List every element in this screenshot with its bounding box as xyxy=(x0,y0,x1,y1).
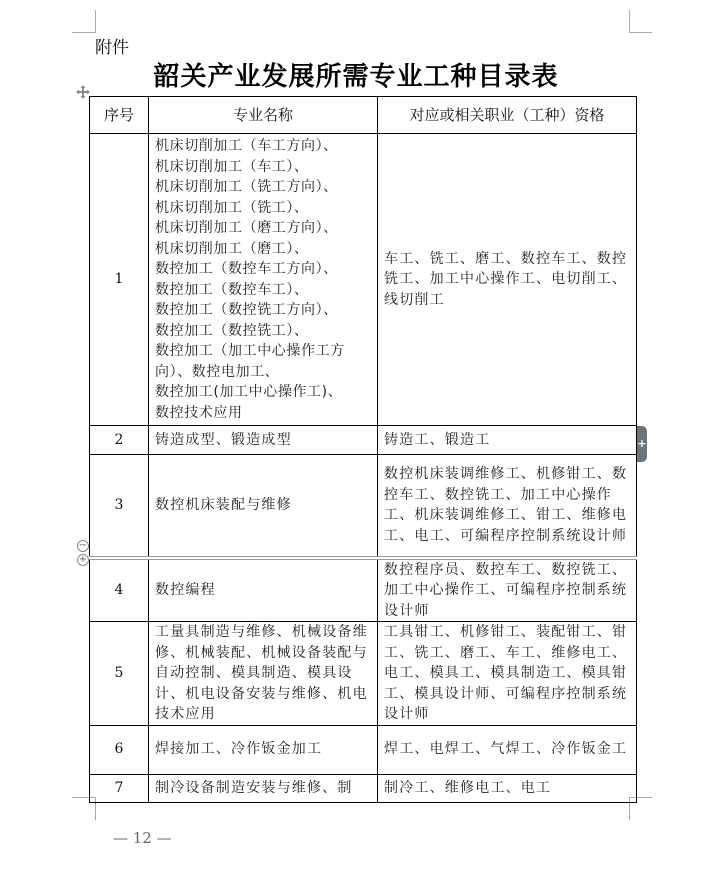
qualifications: 制冷工、维修电工、电工 xyxy=(378,774,637,802)
major-name: 制冷设备制造安装与维修、制 xyxy=(149,774,378,802)
document-title: 韶关产业发展所需专业工种目录表 xyxy=(0,56,712,93)
qualifications: 车工、铣工、磨工、数控车工、数控铣工、加工中心操作工、电切削工、线切削工 xyxy=(378,134,637,426)
table-row: 5 工量具制造与维修、机械设备维修、机械装配、机械设备装配与自动控制、模具制造、… xyxy=(90,622,637,726)
profession-table: 序号 专业名称 对应或相关职业（工种）资格 1 机床切削加工（车工方向）、 机床… xyxy=(89,96,637,803)
major-name: 机床切削加工（车工方向）、 机床切削加工（车工）、 机床切削加工（铣工方向）、 … xyxy=(149,134,378,426)
major-name: 铸造成型、锻造成型 xyxy=(149,426,378,455)
add-column-tab[interactable]: + xyxy=(637,426,647,462)
qualifications: 焊工、电焊工、气焊工、冷作钣金工 xyxy=(378,725,637,774)
major-line: 机床切削加工（铣工方向）、 xyxy=(155,177,371,198)
plus-circle-icon: + xyxy=(79,554,87,565)
table-row: 2 铸造成型、锻造成型 铸造工、锻造工 xyxy=(90,426,637,455)
qualifications: 数控程序员、数控车工、数控铣工、加工中心操作工、可编程序控制系统设计师 xyxy=(378,558,637,622)
row-number: 1 xyxy=(90,134,149,426)
row-number: 2 xyxy=(90,426,149,455)
page-number: — 12 — xyxy=(113,829,172,847)
crop-mark-top-right-h xyxy=(629,32,652,33)
insert-row-button[interactable]: + xyxy=(77,554,89,566)
plus-icon: + xyxy=(637,437,646,450)
row-number: 5 xyxy=(90,622,149,726)
attachment-label: 附件 xyxy=(95,33,129,58)
major-name: 数控机床装配与维修 xyxy=(149,455,378,558)
header-qualifications: 对应或相关职业（工种）资格 xyxy=(378,97,637,134)
delete-row-button[interactable]: − xyxy=(77,540,89,552)
major-line: 数控加工(加工中心操作工)、 xyxy=(155,382,371,403)
minus-circle-icon: − xyxy=(79,540,87,551)
major-name: 焊接加工、冷作钣金加工 xyxy=(149,725,378,774)
crop-mark-top-right-v xyxy=(629,10,630,33)
major-line: 机床切削加工（车工）、 xyxy=(155,157,371,178)
table-row: 7 制冷设备制造安装与维修、制 制冷工、维修电工、电工 xyxy=(90,774,637,802)
major-line: 机床切削加工（磨工方向）、 xyxy=(155,218,371,239)
major-line: 数控加工（数控铣工方向）、 xyxy=(155,300,371,321)
major-name: 数控编程 xyxy=(149,558,378,622)
major-line: 数控加工（数控车工）、 xyxy=(155,280,371,301)
qualifications: 铸造工、锻造工 xyxy=(378,426,637,455)
major-name: 工量具制造与维修、机械设备维修、机械装配、机械设备装配与自动控制、模具制造、模具… xyxy=(149,622,378,726)
major-line: 机床切削加工（铣工）、 xyxy=(155,198,371,219)
row-number: 7 xyxy=(90,774,149,802)
header-major: 专业名称 xyxy=(149,97,378,134)
major-line: 数控加工（数控铣工）、 xyxy=(155,321,371,342)
major-line: 机床切削加工（磨工）、 xyxy=(155,239,371,260)
major-line: 机床切削加工（车工方向）、 xyxy=(155,136,371,157)
major-line: 数控技术应用 xyxy=(155,403,371,424)
major-line: 数控加工（加工中心操作工方 xyxy=(155,341,371,362)
qualifications: 工具钳工、机修钳工、装配钳工、钳工、铣工、磨工、车工、维修电工、电工、模具工、模… xyxy=(378,622,637,726)
major-line: 向）、数控电加工、 xyxy=(155,362,371,383)
crop-mark-top-left-v xyxy=(95,10,96,33)
major-line: 数控加工（数控车工方向）、 xyxy=(155,259,371,280)
move-arrows-icon[interactable] xyxy=(76,85,90,99)
qualifications: 数控机床装调维修工、机修钳工、数控车工、数控铣工、加工中心操作工、机床装调维修工… xyxy=(378,455,637,558)
table-row: 4 数控编程 数控程序员、数控车工、数控铣工、加工中心操作工、可编程序控制系统设… xyxy=(90,558,637,622)
row-number: 3 xyxy=(90,455,149,558)
row-number: 6 xyxy=(90,725,149,774)
row-number: 4 xyxy=(90,558,149,622)
table-row: 6 焊接加工、冷作钣金加工 焊工、电焊工、气焊工、冷作钣金工 xyxy=(90,725,637,774)
table-row: 3 数控机床装配与维修 数控机床装调维修工、机修钳工、数控车工、数控铣工、加工中… xyxy=(90,455,637,558)
table-row: 1 机床切削加工（车工方向）、 机床切削加工（车工）、 机床切削加工（铣工方向）… xyxy=(90,134,637,426)
header-serial: 序号 xyxy=(90,97,149,134)
crop-mark-top-left-h xyxy=(72,32,96,33)
table-header-row: 序号 专业名称 对应或相关职业（工种）资格 xyxy=(90,97,637,134)
